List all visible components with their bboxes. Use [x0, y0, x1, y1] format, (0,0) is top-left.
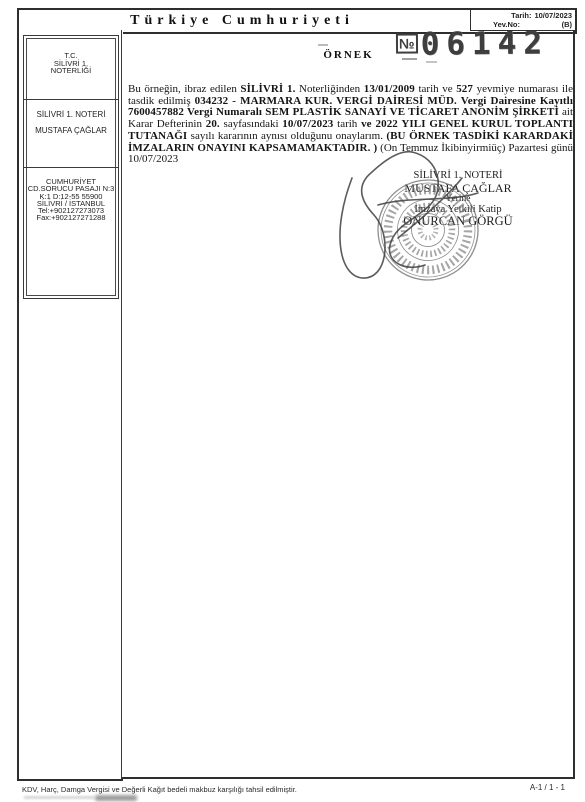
notary-info-column: T.C. SİLİVRİ 1. NOTERLİĞİ SİLİVRİ 1. NOT…: [17, 30, 123, 781]
stamp-artifact: [426, 61, 437, 63]
stamp-artifact: [318, 44, 328, 46]
notary-seal-box: T.C. SİLİVRİ 1. NOTERLİĞİ SİLİVRİ 1. NOT…: [23, 35, 119, 299]
document-number-digits: 06142: [420, 29, 549, 58]
date-label: Tarih:: [511, 11, 531, 20]
signature-block: SİLİVRİ 1. NOTERİ MUSTAFA ÇAĞLAR Yerine …: [385, 170, 531, 227]
certification-paragraph: Bu örneğin, ibraz edilen SİLİVRİ 1. Note…: [128, 84, 573, 166]
footer-tax-note: KDV, Harç, Damga Vergisi ve Değerli Kağı…: [22, 785, 297, 794]
notary-document-page: Türkiye Cumhuriyeti Tarih: 10/07/2023 Ye…: [0, 0, 585, 802]
footer-page-ref: A-1 / 1 - 1: [530, 783, 565, 792]
office-line: NOTERLİĞİ: [24, 67, 118, 75]
numero-icon: №: [396, 33, 418, 53]
yevno-value: (B): [562, 20, 572, 29]
stamp-artifact: [402, 58, 417, 60]
notary-address-cell: CUMHURİYET CD.SORUCU PASAJI N:3 K:1 D:12…: [24, 168, 118, 298]
notary-name: MUSTAFA ÇAĞLAR: [24, 127, 118, 135]
ink-smudge: [95, 795, 137, 801]
address-line: Fax:+902127271288: [24, 214, 118, 221]
notary-name-cell: SİLİVRİ 1. NOTERİ MUSTAFA ÇAĞLAR: [24, 100, 118, 168]
notary-title: SİLİVRİ 1. NOTERİ: [24, 111, 118, 119]
page-title: Türkiye Cumhuriyeti: [19, 10, 465, 32]
ink-smudge: [24, 796, 94, 799]
signature-notary-name: MUSTAFA ÇAĞLAR: [385, 182, 531, 194]
signature-yerine: Yerine: [385, 194, 531, 205]
notary-office-cell: T.C. SİLİVRİ 1. NOTERLİĞİ: [24, 36, 118, 100]
date-value: 10/07/2023: [534, 11, 572, 20]
date-row: Tarih: 10/07/2023: [475, 11, 572, 20]
signature-office: SİLİVRİ 1. NOTERİ: [385, 170, 531, 182]
signature-clerk-name: ONURCAN GÖRGÜ: [385, 215, 531, 227]
document-number-stamp: № 06142: [396, 29, 549, 58]
